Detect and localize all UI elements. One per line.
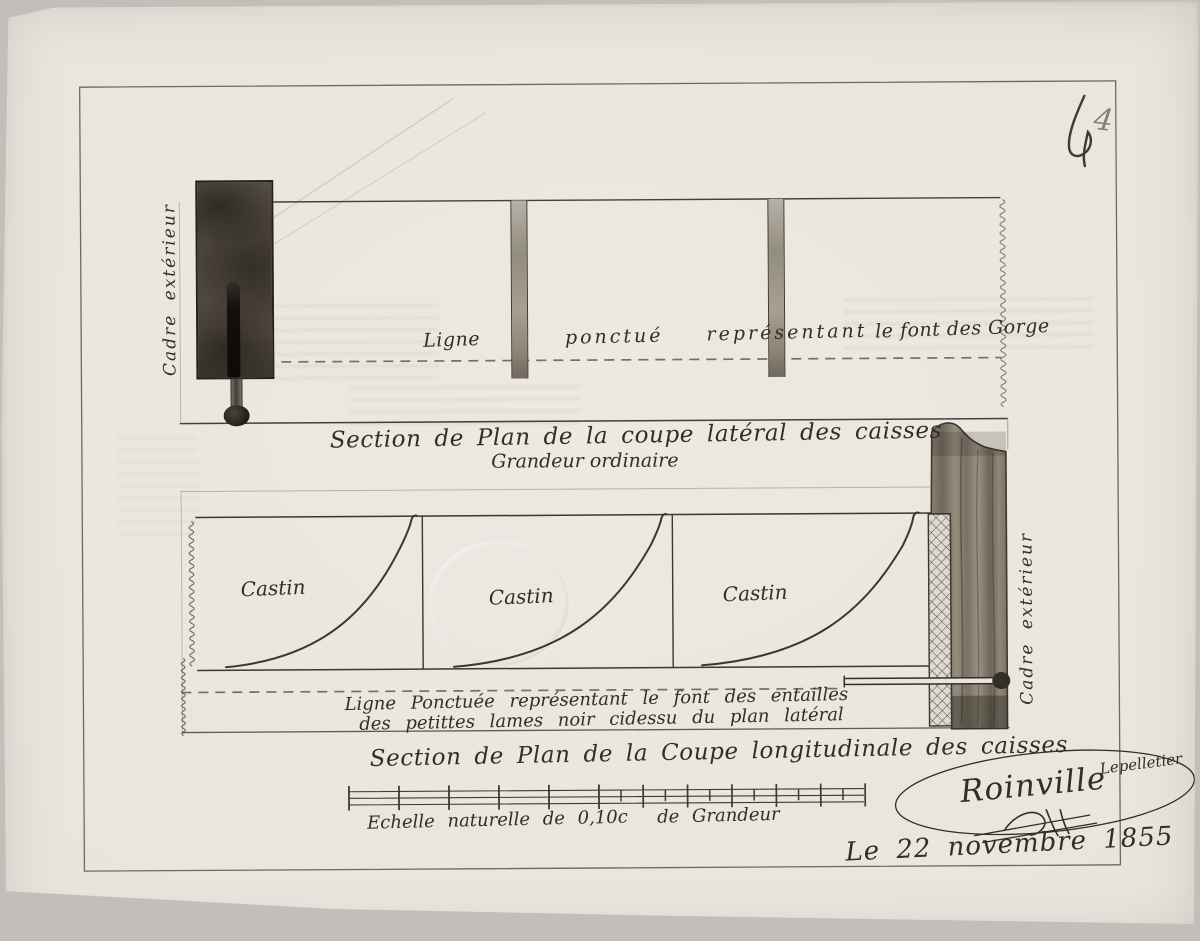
cell-label-1: Castin <box>240 577 306 601</box>
drawing-area: 4 Cadre extérieur Ligne ponctué représen… <box>0 0 1200 941</box>
slot-cutout <box>227 282 241 377</box>
scanned-sheet: 4 Cadre extérieur Ligne ponctué représen… <box>0 0 1200 941</box>
left-frame-label: Cadre extérieur <box>161 189 180 389</box>
crosshatched-strip <box>928 514 951 726</box>
right-frame-label: Cadre extérieur <box>1018 518 1037 718</box>
cell-label-2: Castin <box>488 585 554 609</box>
pencil-strip <box>767 199 785 377</box>
cell-label-3: Castin <box>722 582 788 606</box>
dark-ink-wash-frame-member <box>195 180 274 379</box>
top-note-part1: Ligne <box>423 330 480 352</box>
top-caption-line2: Grandeur ordinaire <box>445 451 725 473</box>
scale-label-right: de Grandeur <box>657 806 780 828</box>
paper: 4 Cadre extérieur Ligne ponctué représen… <box>0 0 1200 941</box>
pin-foot <box>224 405 250 426</box>
pencil-strip <box>510 200 528 378</box>
